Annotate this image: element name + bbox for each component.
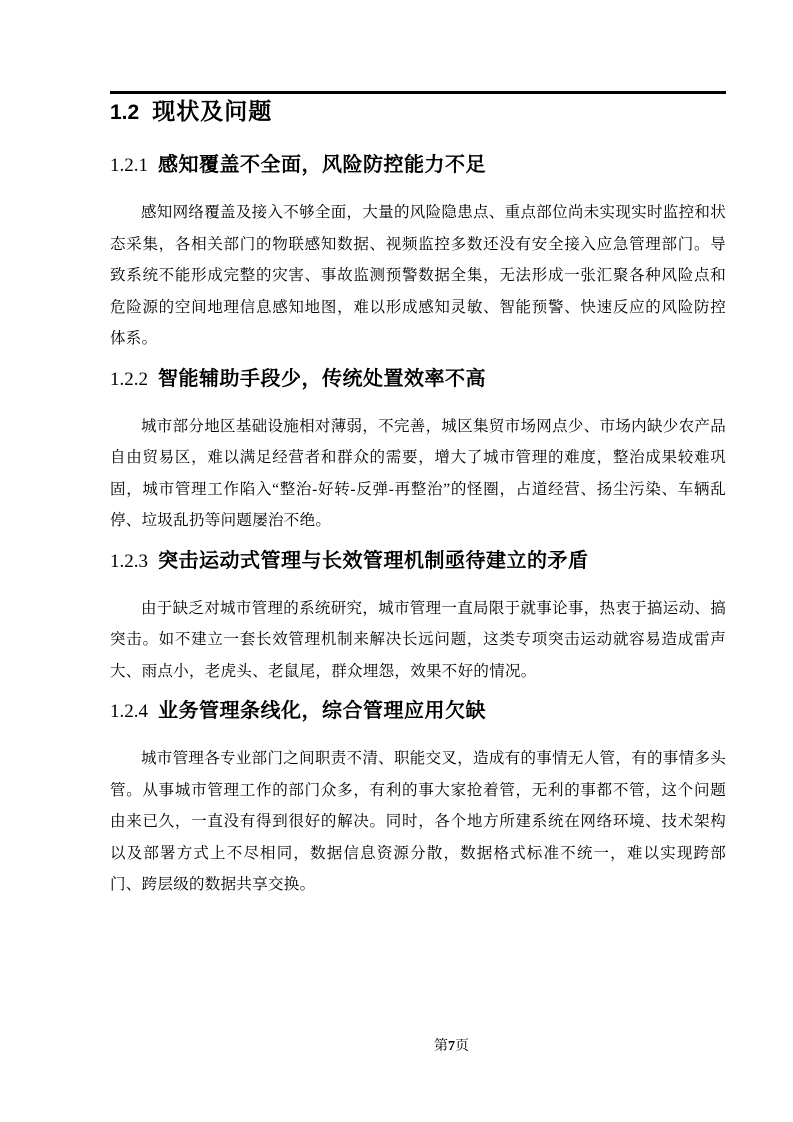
subsection-1-2-4: 1.2.4业务管理条线化，综合管理应用欠缺 城市管理各专业部门之间职责不清、职能… xyxy=(110,697,726,901)
subsection-heading: 1.2.4业务管理条线化，综合管理应用欠缺 xyxy=(110,697,726,725)
subsection-1-2-2: 1.2.2智能辅助手段少，传统处置效率不高 城市部分地区基础设施相对薄弱，不完善… xyxy=(110,365,726,537)
subsection-1-2-1: 1.2.1感知覆盖不全面，风险防控能力不足 感知网络覆盖及接入不够全面，大量的风… xyxy=(110,151,726,355)
subsection-heading: 1.2.3突击运动式管理与长效管理机制亟待建立的矛盾 xyxy=(110,547,726,575)
subsection-title: 智能辅助手段少，传统处置效率不高 xyxy=(158,368,486,390)
subsection-heading: 1.2.2智能辅助手段少，传统处置效率不高 xyxy=(110,365,726,393)
subsection-number: 1.2.3 xyxy=(110,551,148,572)
subsection-1-2-3: 1.2.3突击运动式管理与长效管理机制亟待建立的矛盾 由于缺乏对城市管理的系统研… xyxy=(110,547,726,688)
section-title: 现状及问题 xyxy=(152,98,272,124)
body-paragraph: 感知网络覆盖及接入不够全面，大量的风险隐患点、重点部位尚未实现实时监控和状态采集… xyxy=(110,197,726,355)
footer-suffix: 页 xyxy=(455,1039,469,1054)
subsection-number: 1.2.1 xyxy=(110,155,148,176)
subsection-number: 1.2.2 xyxy=(110,369,148,390)
footer-page-number: 7 xyxy=(448,1039,455,1054)
body-paragraph: 城市部分地区基础设施相对薄弱，不完善，城区集贸市场网点少、市场内缺少农产品自由贸… xyxy=(110,411,726,537)
subsection-title: 业务管理条线化，综合管理应用欠缺 xyxy=(158,700,486,722)
footer-prefix: 第 xyxy=(434,1039,448,1054)
body-paragraph: 城市管理各专业部门之间职责不清、职能交叉，造成有的事情无人管，有的事情多头管。从… xyxy=(110,743,726,901)
body-paragraph: 由于缺乏对城市管理的系统研究，城市管理一直局限于就事论事，热衷于搞运动、搞突击。… xyxy=(110,593,726,688)
section-heading: 1.2现状及问题 xyxy=(110,96,726,128)
subsection-heading: 1.2.1感知覆盖不全面，风险防控能力不足 xyxy=(110,151,726,179)
subsection-title: 感知覆盖不全面，风险防控能力不足 xyxy=(158,154,486,176)
section-number: 1.2 xyxy=(110,101,139,124)
page-footer: 第7页 xyxy=(0,1038,793,1056)
document-content: 1.2现状及问题 1.2.1感知覆盖不全面，风险防控能力不足 感知网络覆盖及接入… xyxy=(110,0,726,911)
subsection-number: 1.2.4 xyxy=(110,701,148,722)
subsection-title: 突击运动式管理与长效管理机制亟待建立的矛盾 xyxy=(158,550,589,572)
document-page: 1.2现状及问题 1.2.1感知覆盖不全面，风险防控能力不足 感知网络覆盖及接入… xyxy=(0,0,793,1122)
